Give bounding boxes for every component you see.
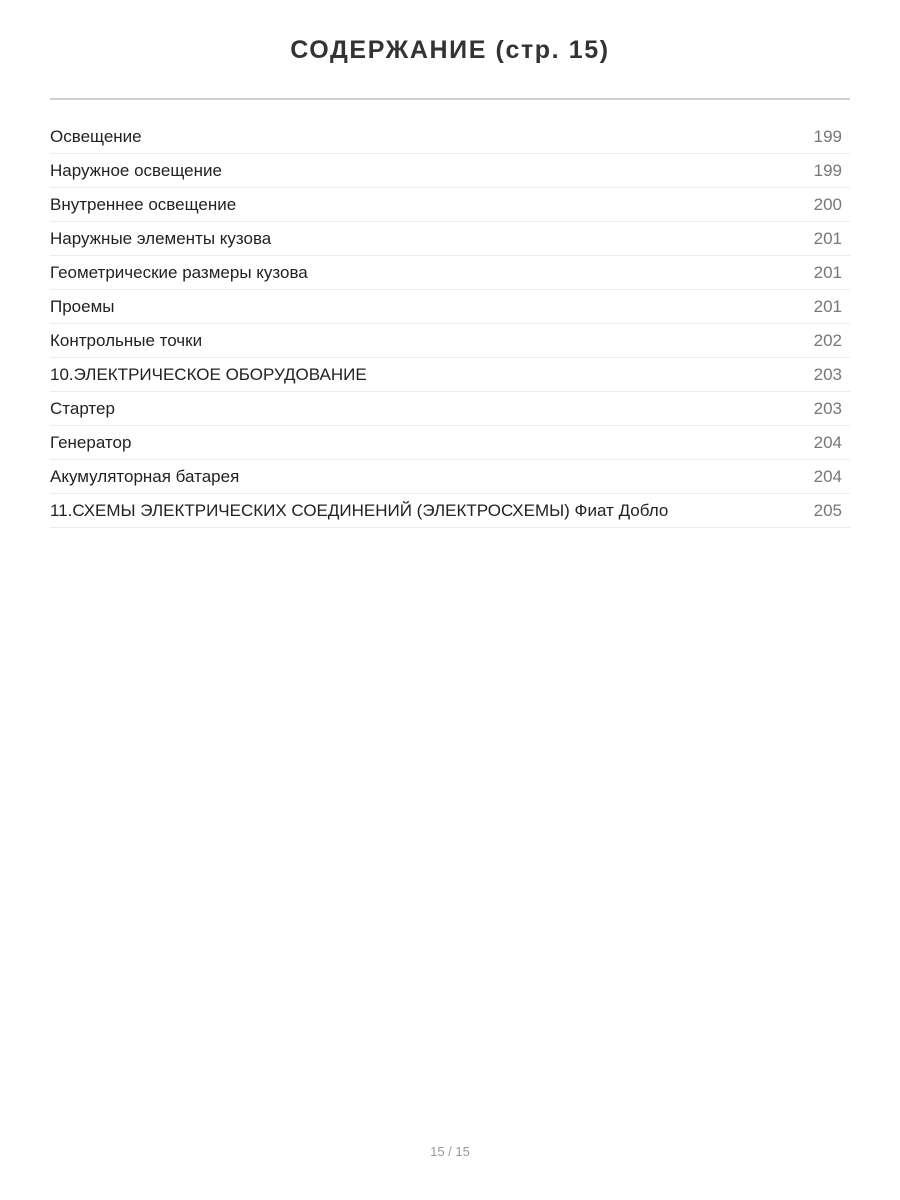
- toc-entry-page: 205: [814, 501, 850, 521]
- toc-entry-page: 204: [814, 467, 850, 487]
- toc-entry-page: 204: [814, 433, 850, 453]
- toc-entry[interactable]: 11.СХЕМЫ ЭЛЕКТРИЧЕСКИХ СОЕДИНЕНИЙ (ЭЛЕКТ…: [50, 494, 850, 528]
- toc-entry-label[interactable]: Стартер: [50, 399, 115, 419]
- toc-entry[interactable]: Стартер203: [50, 392, 850, 426]
- toc-entry[interactable]: Освещение199: [50, 120, 850, 154]
- toc-entry-label[interactable]: Освещение: [50, 127, 142, 147]
- toc-entry-label[interactable]: Генератор: [50, 433, 131, 453]
- toc-entry-page: 201: [814, 229, 850, 249]
- toc-entry[interactable]: Наружные элементы кузова201: [50, 222, 850, 256]
- page-title: СОДЕРЖАНИЕ (стр. 15): [0, 36, 900, 65]
- toc-entry[interactable]: Геометрические размеры кузова201: [50, 256, 850, 290]
- table-of-contents: Освещение199 Наружное освещение199 Внутр…: [50, 120, 850, 528]
- title-divider: [50, 98, 850, 100]
- toc-entry[interactable]: Проемы201: [50, 290, 850, 324]
- toc-entry-label[interactable]: Контрольные точки: [50, 331, 202, 351]
- toc-entry-page: 201: [814, 297, 850, 317]
- page-indicator: 15 / 15: [0, 1144, 900, 1159]
- toc-entry[interactable]: Контрольные точки202: [50, 324, 850, 358]
- toc-entry-page: 201: [814, 263, 850, 283]
- toc-entry-label[interactable]: Внутреннее освещение: [50, 195, 236, 215]
- toc-entry-page: 203: [814, 365, 850, 385]
- toc-entry-page: 203: [814, 399, 850, 419]
- toc-entry-label[interactable]: Акумуляторная батарея: [50, 467, 239, 487]
- toc-entry[interactable]: 10.ЭЛЕКТРИЧЕСКОЕ ОБОРУДОВАНИЕ203: [50, 358, 850, 392]
- toc-entry-label[interactable]: Проемы: [50, 297, 115, 317]
- toc-entry[interactable]: Акумуляторная батарея204: [50, 460, 850, 494]
- toc-entry-page: 202: [814, 331, 850, 351]
- toc-entry-page: 199: [814, 161, 850, 181]
- toc-entry-label[interactable]: 10.ЭЛЕКТРИЧЕСКОЕ ОБОРУДОВАНИЕ: [50, 365, 367, 385]
- toc-entry-page: 200: [814, 195, 850, 215]
- toc-entry[interactable]: Наружное освещение199: [50, 154, 850, 188]
- toc-entry[interactable]: Внутреннее освещение200: [50, 188, 850, 222]
- toc-entry-label[interactable]: Наружное освещение: [50, 161, 222, 181]
- toc-entry-page: 199: [814, 127, 850, 147]
- toc-entry[interactable]: Генератор204: [50, 426, 850, 460]
- toc-entry-label[interactable]: 11.СХЕМЫ ЭЛЕКТРИЧЕСКИХ СОЕДИНЕНИЙ (ЭЛЕКТ…: [50, 501, 668, 521]
- toc-entry-label[interactable]: Геометрические размеры кузова: [50, 263, 308, 283]
- toc-entry-label[interactable]: Наружные элементы кузова: [50, 229, 271, 249]
